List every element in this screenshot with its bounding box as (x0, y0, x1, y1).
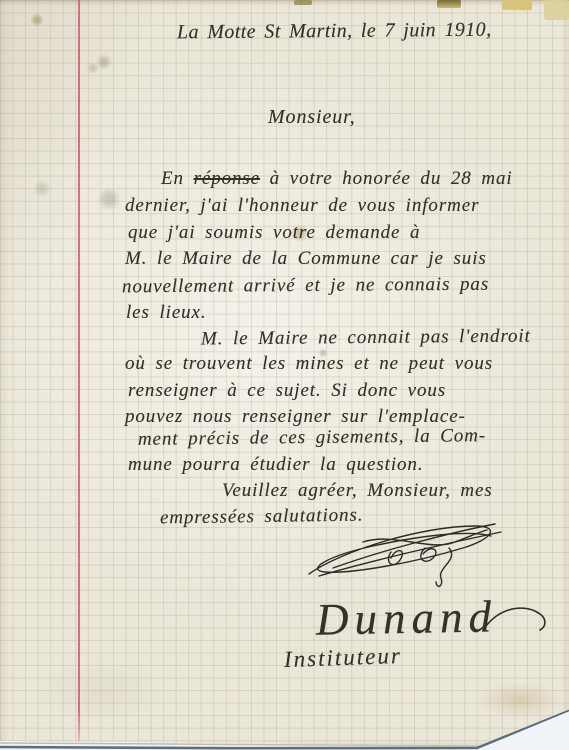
letter-line: dernier, j'ai l'honneur de vous informer (125, 195, 479, 217)
margin-rule (78, 0, 80, 741)
tape-remnant (294, 0, 312, 5)
dateline: La Motte St Martin, le 7 juin 1910, (177, 19, 492, 45)
opening-rest: à votre honorée du 28 mai (260, 168, 513, 189)
letter-line: où se trouvent les mines et ne peut vous (125, 353, 493, 375)
letter-paper: La Motte St Martin, le 7 juin 1910, Mons… (0, 0, 569, 750)
letter-line: Veuillez agréer, Monsieur, mes (222, 480, 493, 502)
signature-title: Instituteur (284, 643, 403, 673)
struck-word: réponse (194, 168, 260, 189)
signature-scribble (303, 516, 508, 596)
scanned-letter-page: La Motte St Martin, le 7 juin 1910, Mons… (0, 0, 569, 750)
tape-remnant (437, 0, 461, 8)
letter-line: nouvellement arrivé et je ne connais pas (122, 274, 489, 299)
letter-line: que j'ai soumis votre demande à (128, 222, 420, 244)
tape-remnant (502, 0, 532, 10)
signature-flourish (484, 602, 548, 636)
signature-name: Dunand (316, 590, 498, 645)
letter-line: En réponse à votre honorée du 28 mai (161, 168, 513, 190)
letter-line: renseigner à ce sujet. Si donc vous (128, 380, 446, 402)
letter-line: M. le Maire de la Commune car je suis (125, 248, 487, 270)
letter-line: M. le Maire ne connait pas l'endroit (201, 326, 531, 351)
letter-line: mune pourra étudier la question. (128, 454, 423, 476)
opening-prefix: En (161, 168, 194, 189)
letter-line: les lieux. (126, 302, 207, 324)
letter-line: pouvez nous renseigner sur l'emplace- (125, 406, 466, 428)
tape-remnant (544, 0, 569, 20)
letter-line: ment précis de ces gisements, la Com- (138, 425, 486, 451)
salutation: Monsieur, (268, 106, 356, 129)
